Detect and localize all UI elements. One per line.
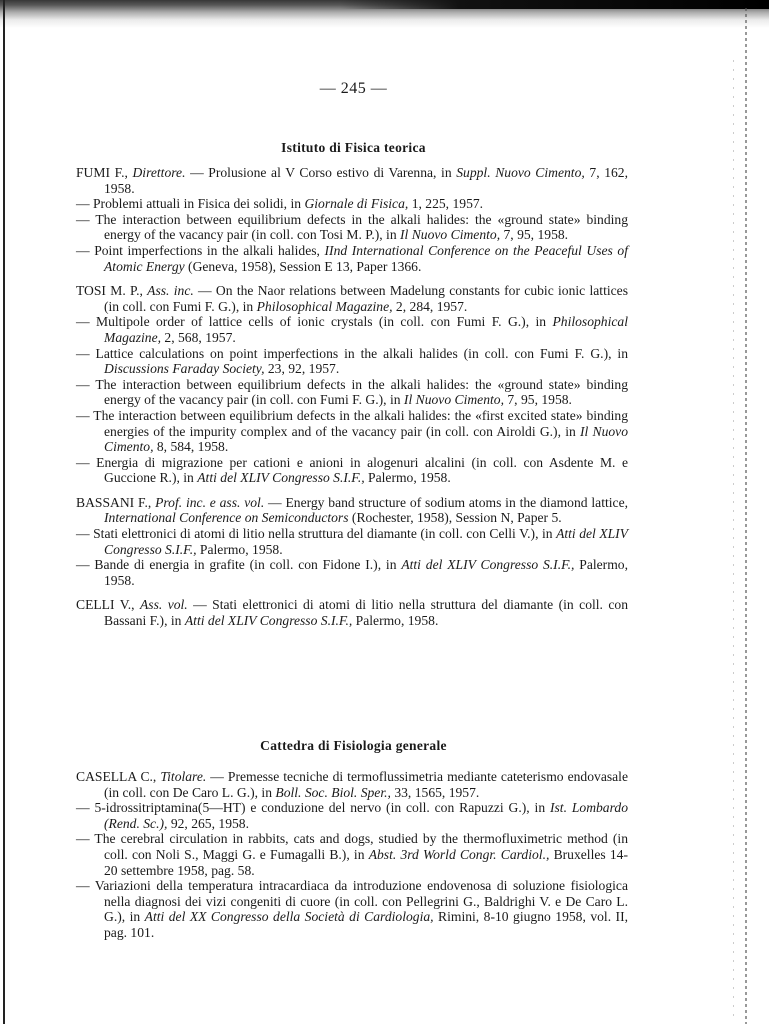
bibliography-entry: — The interaction between equilibrium de… [76, 212, 628, 243]
entry-venue: Giornale di Fisica, [304, 196, 408, 211]
entry-author: — [76, 831, 94, 846]
bibliography-entry: FUMI F., Direttore. — Prolusione al V Co… [76, 165, 628, 196]
bibliography-entry: BASSANI F., Prof. inc. e ass. vol. — Ene… [76, 495, 628, 526]
bibliography-entry: — Bande di energia in grafite (in coll. … [76, 557, 628, 588]
bibliography-entry: — Stati elettronici di atomi di litio ne… [76, 526, 628, 557]
bibliography-entry: — Variazioni della temperatura intracard… [76, 878, 628, 940]
entry-author: — [76, 878, 95, 893]
entry-title: Lattice calculations on point imperfecti… [96, 346, 628, 361]
entry-title: Stati elettronici di atomi di litio nell… [93, 526, 556, 541]
entry-citation: 8, 584, 1958. [153, 439, 228, 454]
entry-author: — [76, 314, 96, 329]
entry-venue: Abst. 3rd World Congr. Cardiol., [369, 847, 550, 862]
entry-citation: 92, 265, 1958. [167, 816, 249, 831]
entry-venue: Suppl. Nuovo Cimento, [456, 165, 585, 180]
entry-role: Direttore. [132, 165, 185, 180]
bibliography-entry: — The interaction between equilibrium de… [76, 408, 628, 455]
entry-citation: Palermo, 1958. [352, 613, 438, 628]
entry-title: Bande di energia in grafite (in coll. co… [94, 557, 401, 572]
page-number: — 245 — [0, 80, 707, 98]
bibliography-entry: — Point imperfections in the alkali hali… [76, 243, 628, 274]
entry-venue: International Conference on Semiconducto… [104, 510, 349, 525]
section-title-fisiologia-generale: Cattedra di Fisiologia generale [0, 738, 707, 754]
bibliography-entry: CELLI V., Ass. vol. — Stati elettronici … [76, 597, 628, 628]
entry-role: Prof. inc. e ass. vol. [155, 495, 264, 510]
entry-author: — [76, 800, 94, 815]
section-fisiologia-generale-entries: CASELLA C., Titolare. — Premesse tecnich… [76, 769, 628, 941]
entry-author: — [76, 455, 96, 470]
group-spacer [76, 588, 628, 597]
bibliography-entry: — Lattice calculations on point imperfec… [76, 346, 628, 377]
entry-citation: (Rochester, 1958), Session N, Paper 5. [349, 510, 562, 525]
group-spacer [76, 274, 628, 283]
entry-venue: Il Nuovo Cimento, [400, 227, 500, 242]
entry-title: — Energy band structure of sodium atoms … [264, 495, 628, 510]
section-title-fisica-teorica: Istituto di Fisica teorica [0, 140, 707, 156]
entry-role: Ass. inc. [147, 283, 194, 298]
entry-title: Multipole order of lattice cells of ioni… [96, 314, 552, 329]
entry-venue: Boll. Soc. Biol. Sper., [275, 785, 391, 800]
entry-citation: Palermo, 1958. [365, 470, 451, 485]
bibliography-entry: — Multipole order of lattice cells of io… [76, 314, 628, 345]
entry-author: — [76, 408, 93, 423]
entry-venue: Atti del XLIV Congresso S.I.F., [185, 613, 352, 628]
section-fisica-teorica-entries: FUMI F., Direttore. — Prolusione al V Co… [76, 165, 628, 629]
entry-role: Titolare. [160, 769, 206, 784]
entry-title: Point imperfections in the alkali halide… [94, 243, 324, 258]
entry-venue: Atti del XX Congresso della Società di C… [145, 909, 434, 924]
bibliography-entry: — 5-idrossitriptamina(5—HT) e conduzione… [76, 800, 628, 831]
entry-author: CASELLA C., [76, 769, 160, 784]
entry-author: TOSI M. P., [76, 283, 147, 298]
entry-author: CELLI V., [76, 597, 140, 612]
entry-author: — [76, 212, 95, 227]
entry-citation: Palermo, 1958. [197, 542, 283, 557]
bibliography-entry: CASELLA C., Titolare. — Premesse tecnich… [76, 769, 628, 800]
entry-author: — [76, 557, 94, 572]
entry-author: — [76, 346, 96, 361]
entry-author: FUMI F., [76, 165, 132, 180]
entry-author: — [76, 243, 94, 258]
entry-author: — [76, 377, 95, 392]
bibliography-entry: — The cerebral circulation in rabbits, c… [76, 831, 628, 878]
entry-author: — [76, 526, 93, 541]
entry-citation: 2, 284, 1957. [393, 299, 468, 314]
entry-citation: 2, 568, 1957. [161, 330, 236, 345]
entry-title: 5-idrossitriptamina(5—HT) e conduzione d… [94, 800, 550, 815]
entry-author: — [76, 196, 93, 211]
entry-author: BASSANI F., [76, 495, 155, 510]
entry-citation: 1, 225, 1957. [408, 196, 483, 211]
entry-venue: Philosophical Magazine, [257, 299, 393, 314]
entry-title: — Prolusione al V Corso estivo di Varenn… [185, 165, 456, 180]
entry-venue: Il Nuovo Cimento, [404, 392, 504, 407]
group-spacer [76, 486, 628, 495]
entry-role: Ass. vol. [140, 597, 188, 612]
entry-citation: 33, 1565, 1957. [391, 785, 479, 800]
entry-citation: 7, 95, 1958. [500, 227, 568, 242]
entry-title: The interaction between equilibrium defe… [93, 408, 628, 439]
entry-venue: Atti del XLIV Congresso S.I.F., [197, 470, 364, 485]
bibliography-entry: TOSI M. P., Ass. inc. — On the Naor rela… [76, 283, 628, 314]
entry-citation: 23, 92, 1957. [264, 361, 339, 376]
entry-venue: Discussions Faraday Society, [104, 361, 264, 376]
bibliography-entry: — Energia di migrazione per cationi e an… [76, 455, 628, 486]
bibliography-entry: — The interaction between equilibrium de… [76, 377, 628, 408]
entry-title: Problemi attuali in Fisica dei solidi, i… [93, 196, 304, 211]
entry-citation: 7, 95, 1958. [504, 392, 572, 407]
bibliography-entry: — Problemi attuali in Fisica dei solidi,… [76, 196, 628, 212]
entry-venue: Atti del XLIV Congresso S.I.F., [401, 557, 574, 572]
entry-citation: (Geneva, 1958), Session E 13, Paper 1366… [185, 259, 422, 274]
document-page: — 245 — Istituto di Fisica teorica FUMI … [0, 0, 769, 1024]
